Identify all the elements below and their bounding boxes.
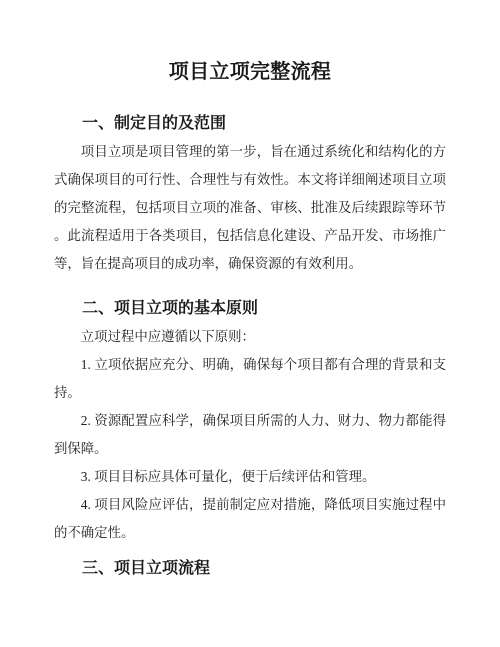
section-2-intro: 立项过程中应遵循以下原则： (54, 323, 446, 351)
section-basic-principles: 二、项目立项的基本原则 立项过程中应遵循以下原则： 1. 立项依据应充分、明确，… (54, 295, 446, 547)
document-page: 项目立项完整流程 一、制定目的及范围 项目立项是项目管理的第一步，旨在通过系统化… (0, 0, 500, 647)
principle-item-1: 1. 立项依据应充分、明确，确保每个项目都有合理的背景和支持。 (54, 351, 446, 407)
principle-item-2: 2. 资源配置应科学，确保项目所需的人力、财力、物力都能得到保障。 (54, 407, 446, 463)
document-title: 项目立项完整流程 (54, 57, 446, 87)
principle-item-4: 4. 项目风险应评估，提前制定应对措施，降低项目实施过程中的不确定性。 (54, 491, 446, 547)
principle-item-3: 3. 项目目标应具体可量化，便于后续评估和管理。 (54, 463, 446, 491)
section-1-paragraph: 项目立项是项目管理的第一步，旨在通过系统化和结构化的方式确保项目的可行性、合理性… (54, 138, 446, 278)
section-1-heading: 一、制定目的及范围 (54, 110, 446, 138)
section-initiation-process: 三、项目立项流程 (54, 555, 446, 583)
section-purpose-and-scope: 一、制定目的及范围 项目立项是项目管理的第一步，旨在通过系统化和结构化的方式确保… (54, 110, 446, 278)
section-3-heading: 三、项目立项流程 (54, 555, 446, 583)
section-2-heading: 二、项目立项的基本原则 (54, 295, 446, 323)
